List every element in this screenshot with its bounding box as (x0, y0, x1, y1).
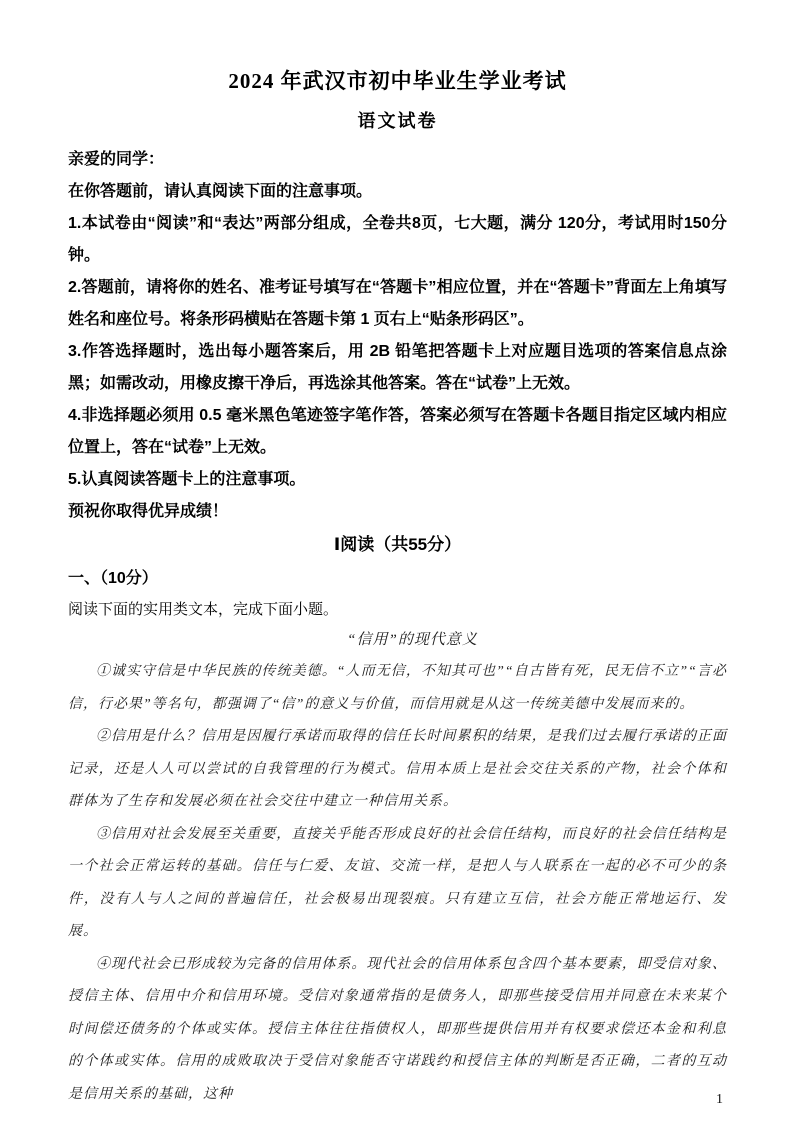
notice-closing: 预祝你取得优异成绩！ (68, 496, 727, 528)
notice-item-2: 2.答题前，请将你的姓名、准考证号填写在“答题卡”相应位置，并在“答题卡”背面左… (68, 272, 727, 336)
reading-passage: “信用”的现代意义 ①诚实守信是中华民族的传统美德。“人而无信，不知其可也”“自… (68, 624, 727, 1111)
passage-paragraph-1: ①诚实守信是中华民族的传统美德。“人而无信，不知其可也”“自古皆有死，民无信不立… (68, 656, 727, 721)
passage-paragraph-4: ④现代社会已形成较为完备的信用体系。现代社会的信用体系包含四个基本要素，即受信对… (68, 949, 727, 1112)
section-one-heading: 一、（10分） (68, 562, 727, 596)
page-number: 1 (716, 1092, 723, 1108)
notice-section: 亲爱的同学： 在你答题前，请认真阅读下面的注意事项。 1.本试卷由“阅读”和“表… (68, 144, 727, 528)
passage-paragraph-3: ③信用对社会发展至关重要，直接关乎能否形成良好的社会信任结构，而良好的社会信任结… (68, 819, 727, 949)
section-one-instruction: 阅读下面的实用类文本，完成下面小题。 (68, 596, 727, 624)
paper-subject-title: 语文试卷 (68, 110, 727, 132)
notice-item-5: 5.认真阅读答题卡上的注意事项。 (68, 464, 727, 496)
passage-paragraph-2: ②信用是什么？信用是因履行承诺而取得的信任长时间累积的结果，是我们过去履行承诺的… (68, 721, 727, 819)
exam-paper-page: 2024 年武汉市初中毕业生学业考试 语文试卷 亲爱的同学： 在你答题前，请认真… (0, 0, 793, 1122)
notice-item-1: 1.本试卷由“阅读”和“表达”两部分组成，全卷共8页，七大题，满分 120分，考… (68, 208, 727, 272)
exam-title: 2024 年武汉市初中毕业生学业考试 (68, 68, 727, 94)
part-one-heading: Ⅰ阅读（共55分） (68, 528, 727, 562)
notice-item-3: 3.作答选择题时，选出每小题答案后，用 2B 铅笔把答题卡上对应题目选项的答案信… (68, 336, 727, 400)
notice-intro: 在你答题前，请认真阅读下面的注意事项。 (68, 176, 727, 208)
notice-salutation: 亲爱的同学： (68, 144, 727, 176)
notice-item-4: 4.非选择题必须用 0.5 毫米黑色笔迹签字笔作答，答案必须写在答题卡各题目指定… (68, 400, 727, 464)
passage-title: “信用”的现代意义 (68, 624, 727, 656)
